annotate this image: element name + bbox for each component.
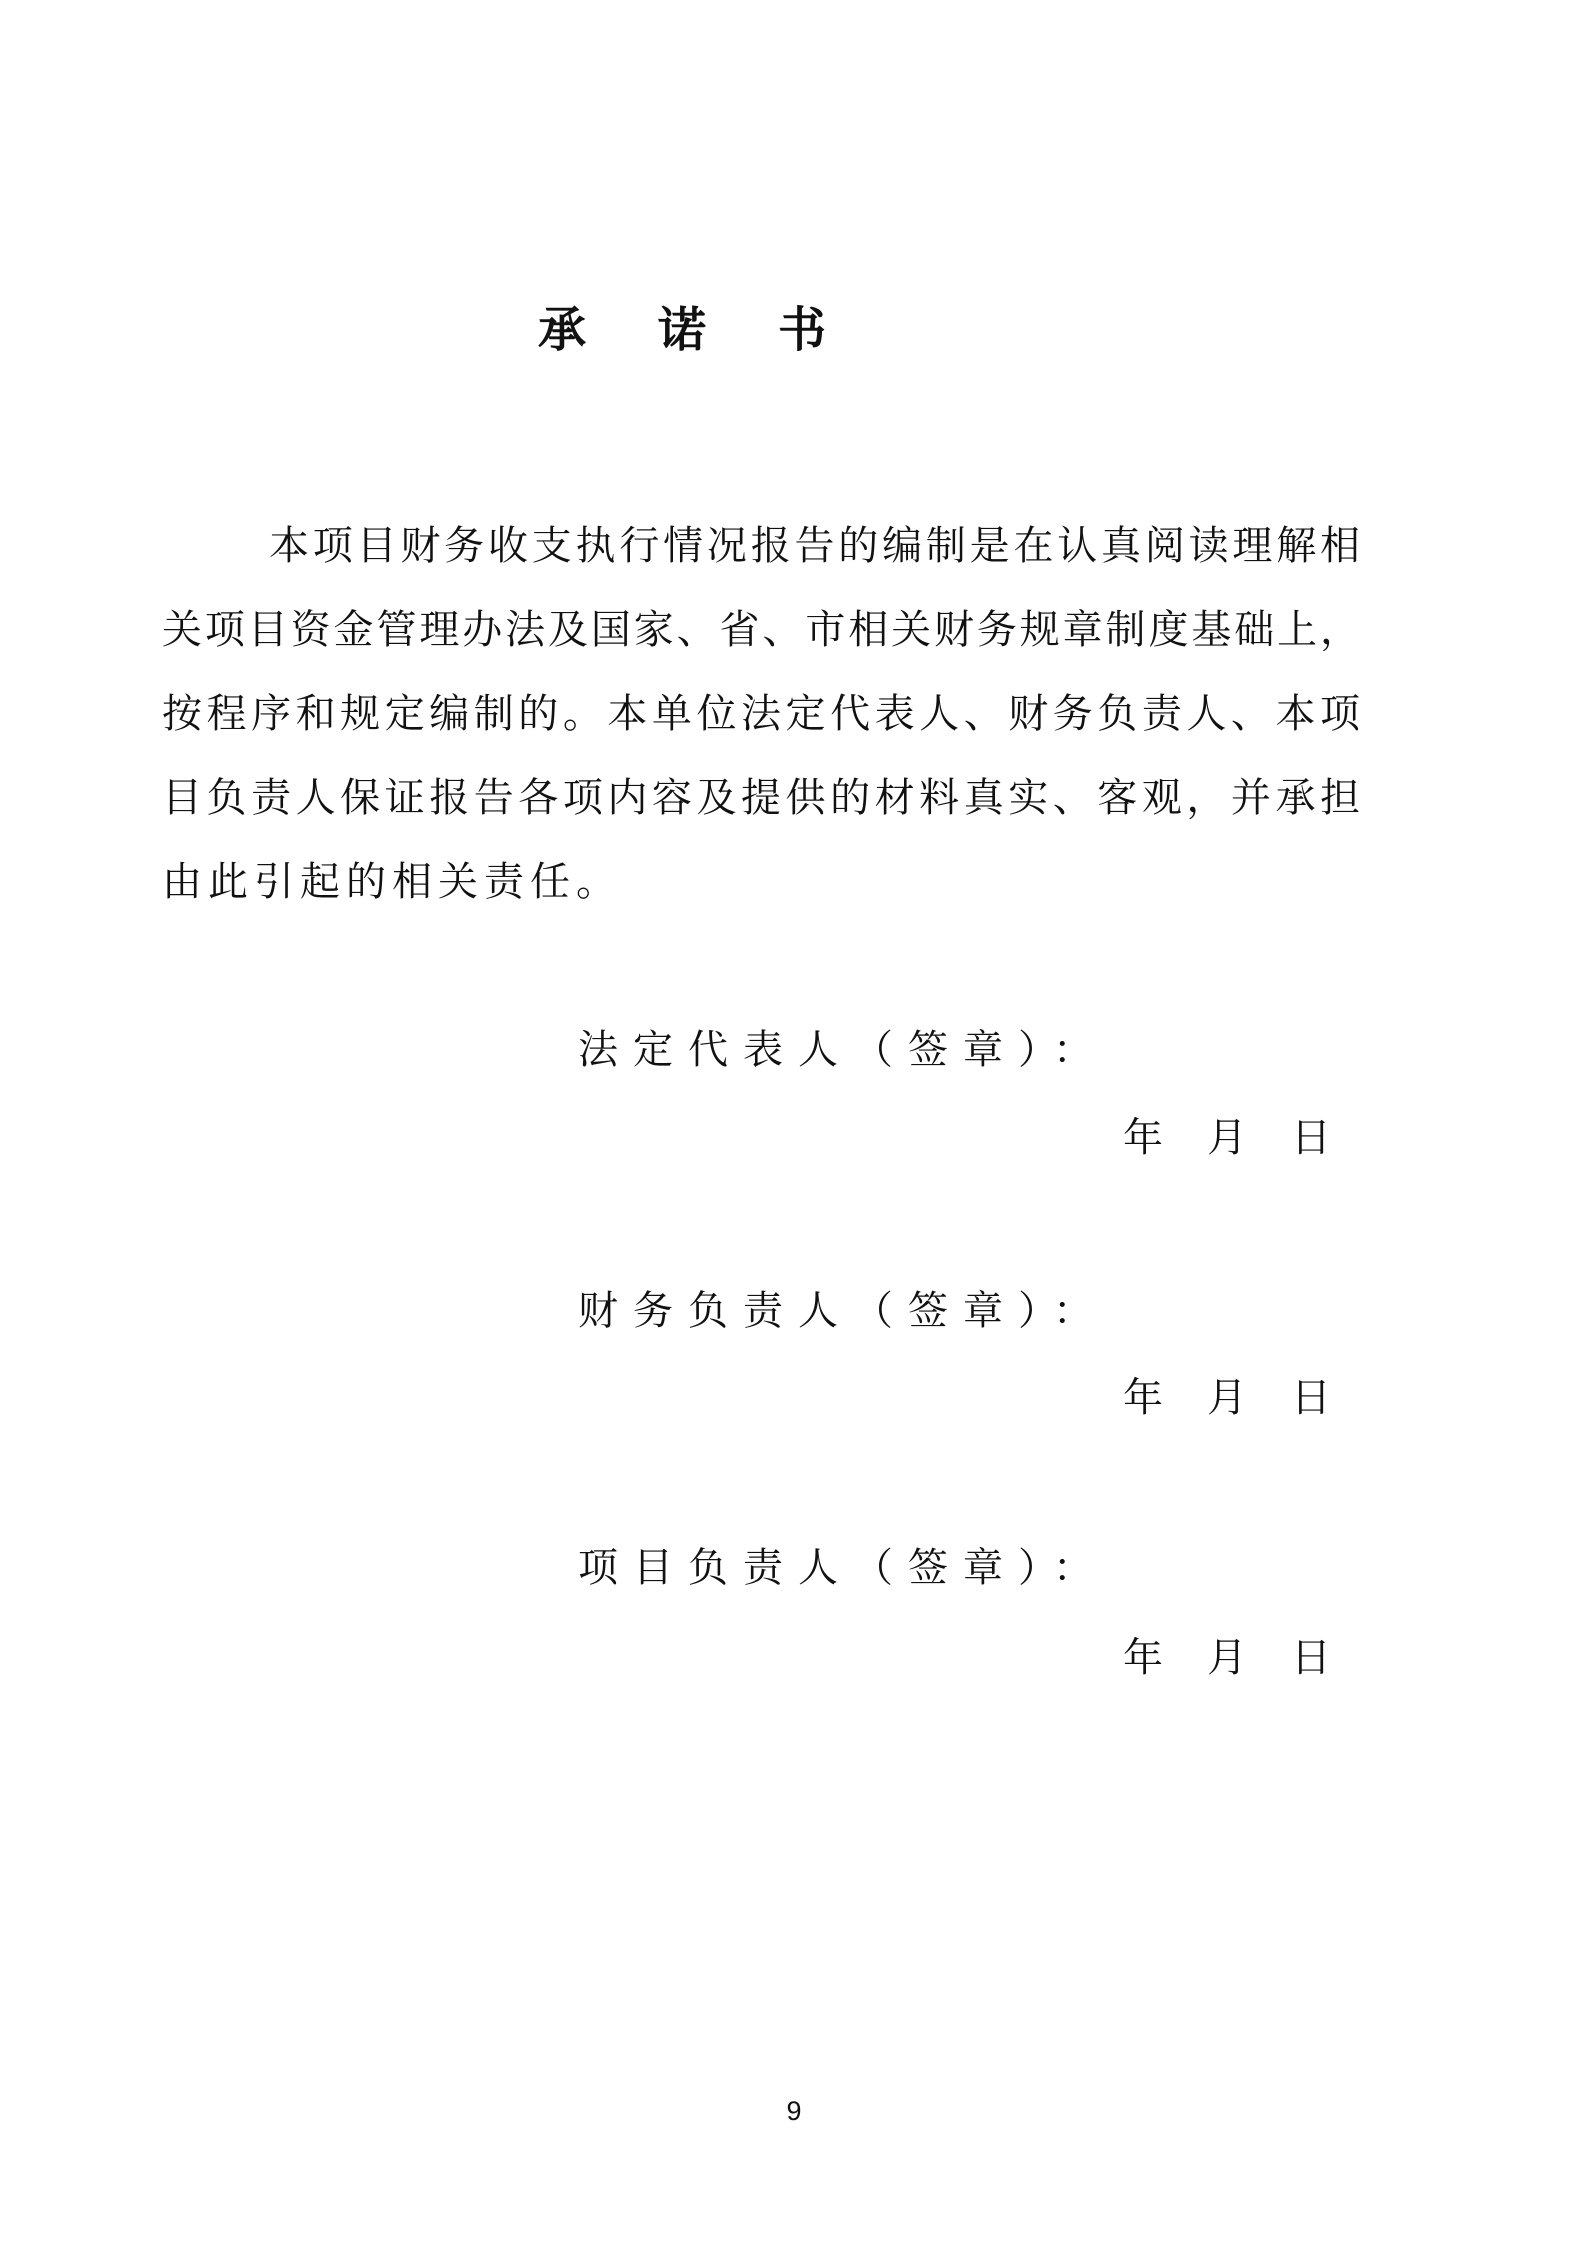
commitment-paragraph: 本项目财务收支执行情况报告的编制是在认真阅读理解相 关项目资金管理办法及国家、省… xyxy=(162,504,1360,924)
finance-officer-date-line: 年 月 日 xyxy=(1123,1356,1333,1440)
paragraph-line: 按程序和规定编制的。本单位法定代表人、财务负责人、本项 xyxy=(162,672,1360,756)
paragraph-line: 由此引起的相关责任。 xyxy=(162,840,1360,924)
page-number: 9 xyxy=(0,2096,1588,2126)
paragraph-line: 关项目资金管理办法及国家、省、市相关财务规章制度基础上， xyxy=(162,588,1360,672)
paragraph-line: 目负责人保证报告各项内容及提供的材料真实、客观，并承担 xyxy=(162,756,1360,840)
finance-officer-signature-label: 财务负责人（签章）： xyxy=(578,1269,1108,1353)
document-page: 承 诺 书 本项目财务收支执行情况报告的编制是在认真阅读理解相 关项目资金管理办… xyxy=(0,0,1588,2245)
project-leader-date-line: 年 月 日 xyxy=(1123,1616,1333,1700)
legal-representative-date-line: 年 月 日 xyxy=(1123,1096,1333,1180)
project-leader-signature-label: 项目负责人（签章）： xyxy=(578,1526,1108,1610)
page-title: 承 诺 书 xyxy=(538,305,838,357)
legal-representative-signature-label: 法定代表人（签章）： xyxy=(578,1008,1108,1092)
paragraph-line: 本项目财务收支执行情况报告的编制是在认真阅读理解相 xyxy=(162,504,1360,588)
